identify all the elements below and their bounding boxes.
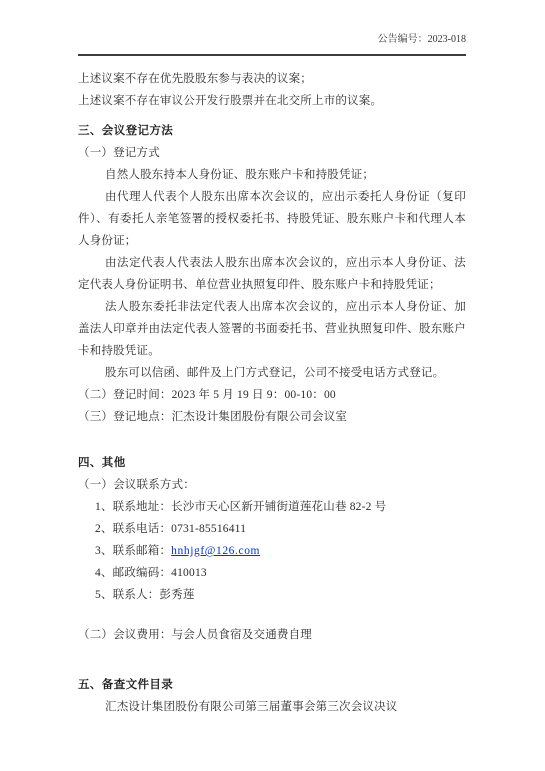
section-4-sub2-meeting-fee: （二）会议费用：与会人员食宿及交通费自理 <box>78 624 466 646</box>
intro-paragraph-2: 上述议案不存在审议公开发行股票并在北交所上市的议案。 <box>78 90 466 112</box>
section-3-paragraph-4: 法人股东委托非法定代表人出席本次会议的，应出示本人身份证、加盖法人印章并由法定代… <box>78 296 466 362</box>
section-3-paragraph-5: 股东可以信函、邮件及上门方式登记，公司不接受电话方式登记。 <box>78 362 466 384</box>
intro-paragraph-1: 上述议案不存在优先股股东参与表决的议案； <box>78 68 466 90</box>
section-5-paragraph-1: 汇杰设计集团股份有限公司第三届董事会第三次会议决议 <box>78 696 466 718</box>
contact-phone: 2、联系电话：0731-85516411 <box>78 518 466 540</box>
section-3-paragraph-1: 自然人股东持本人身份证、股东账户卡和持股凭证； <box>78 164 466 186</box>
section-3-sub2-registration-time: （二）登记时间：2023 年 5 月 19 日 9：00-10：00 <box>78 384 466 406</box>
section-3-heading: 三、会议登记方法 <box>78 120 466 142</box>
contact-email-line: 3、联系邮箱：hnhjgf@126.com <box>78 540 466 562</box>
postal-code: 4、邮政编码：410013 <box>78 562 466 584</box>
notice-number: 公告编号：2023-018 <box>378 34 466 45</box>
section-4-sub1-label: （一）会议联系方式： <box>78 474 466 496</box>
contact-person: 5、联系人：彭秀莲 <box>78 584 466 606</box>
header-divider <box>78 54 466 56</box>
section-4-heading: 四、其他 <box>78 452 466 474</box>
section-5-heading: 五、备查文件目录 <box>78 674 466 696</box>
contact-email-link[interactable]: hnhjgf@126.com <box>171 545 260 557</box>
section-3-sub3-registration-place: （三）登记地点：汇杰设计集团股份有限公司会议室 <box>78 406 466 428</box>
document-page: 公告编号：2023-018 上述议案不存在优先股股东参与表决的议案； 上述议案不… <box>0 0 545 771</box>
doc-header: 公告编号：2023-018 <box>0 0 545 46</box>
contact-email-label: 3、联系邮箱： <box>95 545 171 557</box>
section-3-paragraph-3: 由法定代表人代表法人股东出席本次会议的，应出示本人身份证、法定代表人身份证明书、… <box>78 252 466 296</box>
section-3-sub1-label: （一）登记方式 <box>78 142 466 164</box>
contact-address: 1、联系地址：长沙市天心区新开铺街道莲花山巷 82-2 号 <box>78 496 466 518</box>
doc-body: 上述议案不存在优先股股东参与表决的议案； 上述议案不存在审议公开发行股票并在北交… <box>78 68 466 718</box>
section-3-paragraph-2: 由代理人代表个人股东出席本次会议的，应出示委托人身份证（复印件）、有委托人亲笔签… <box>78 186 466 252</box>
